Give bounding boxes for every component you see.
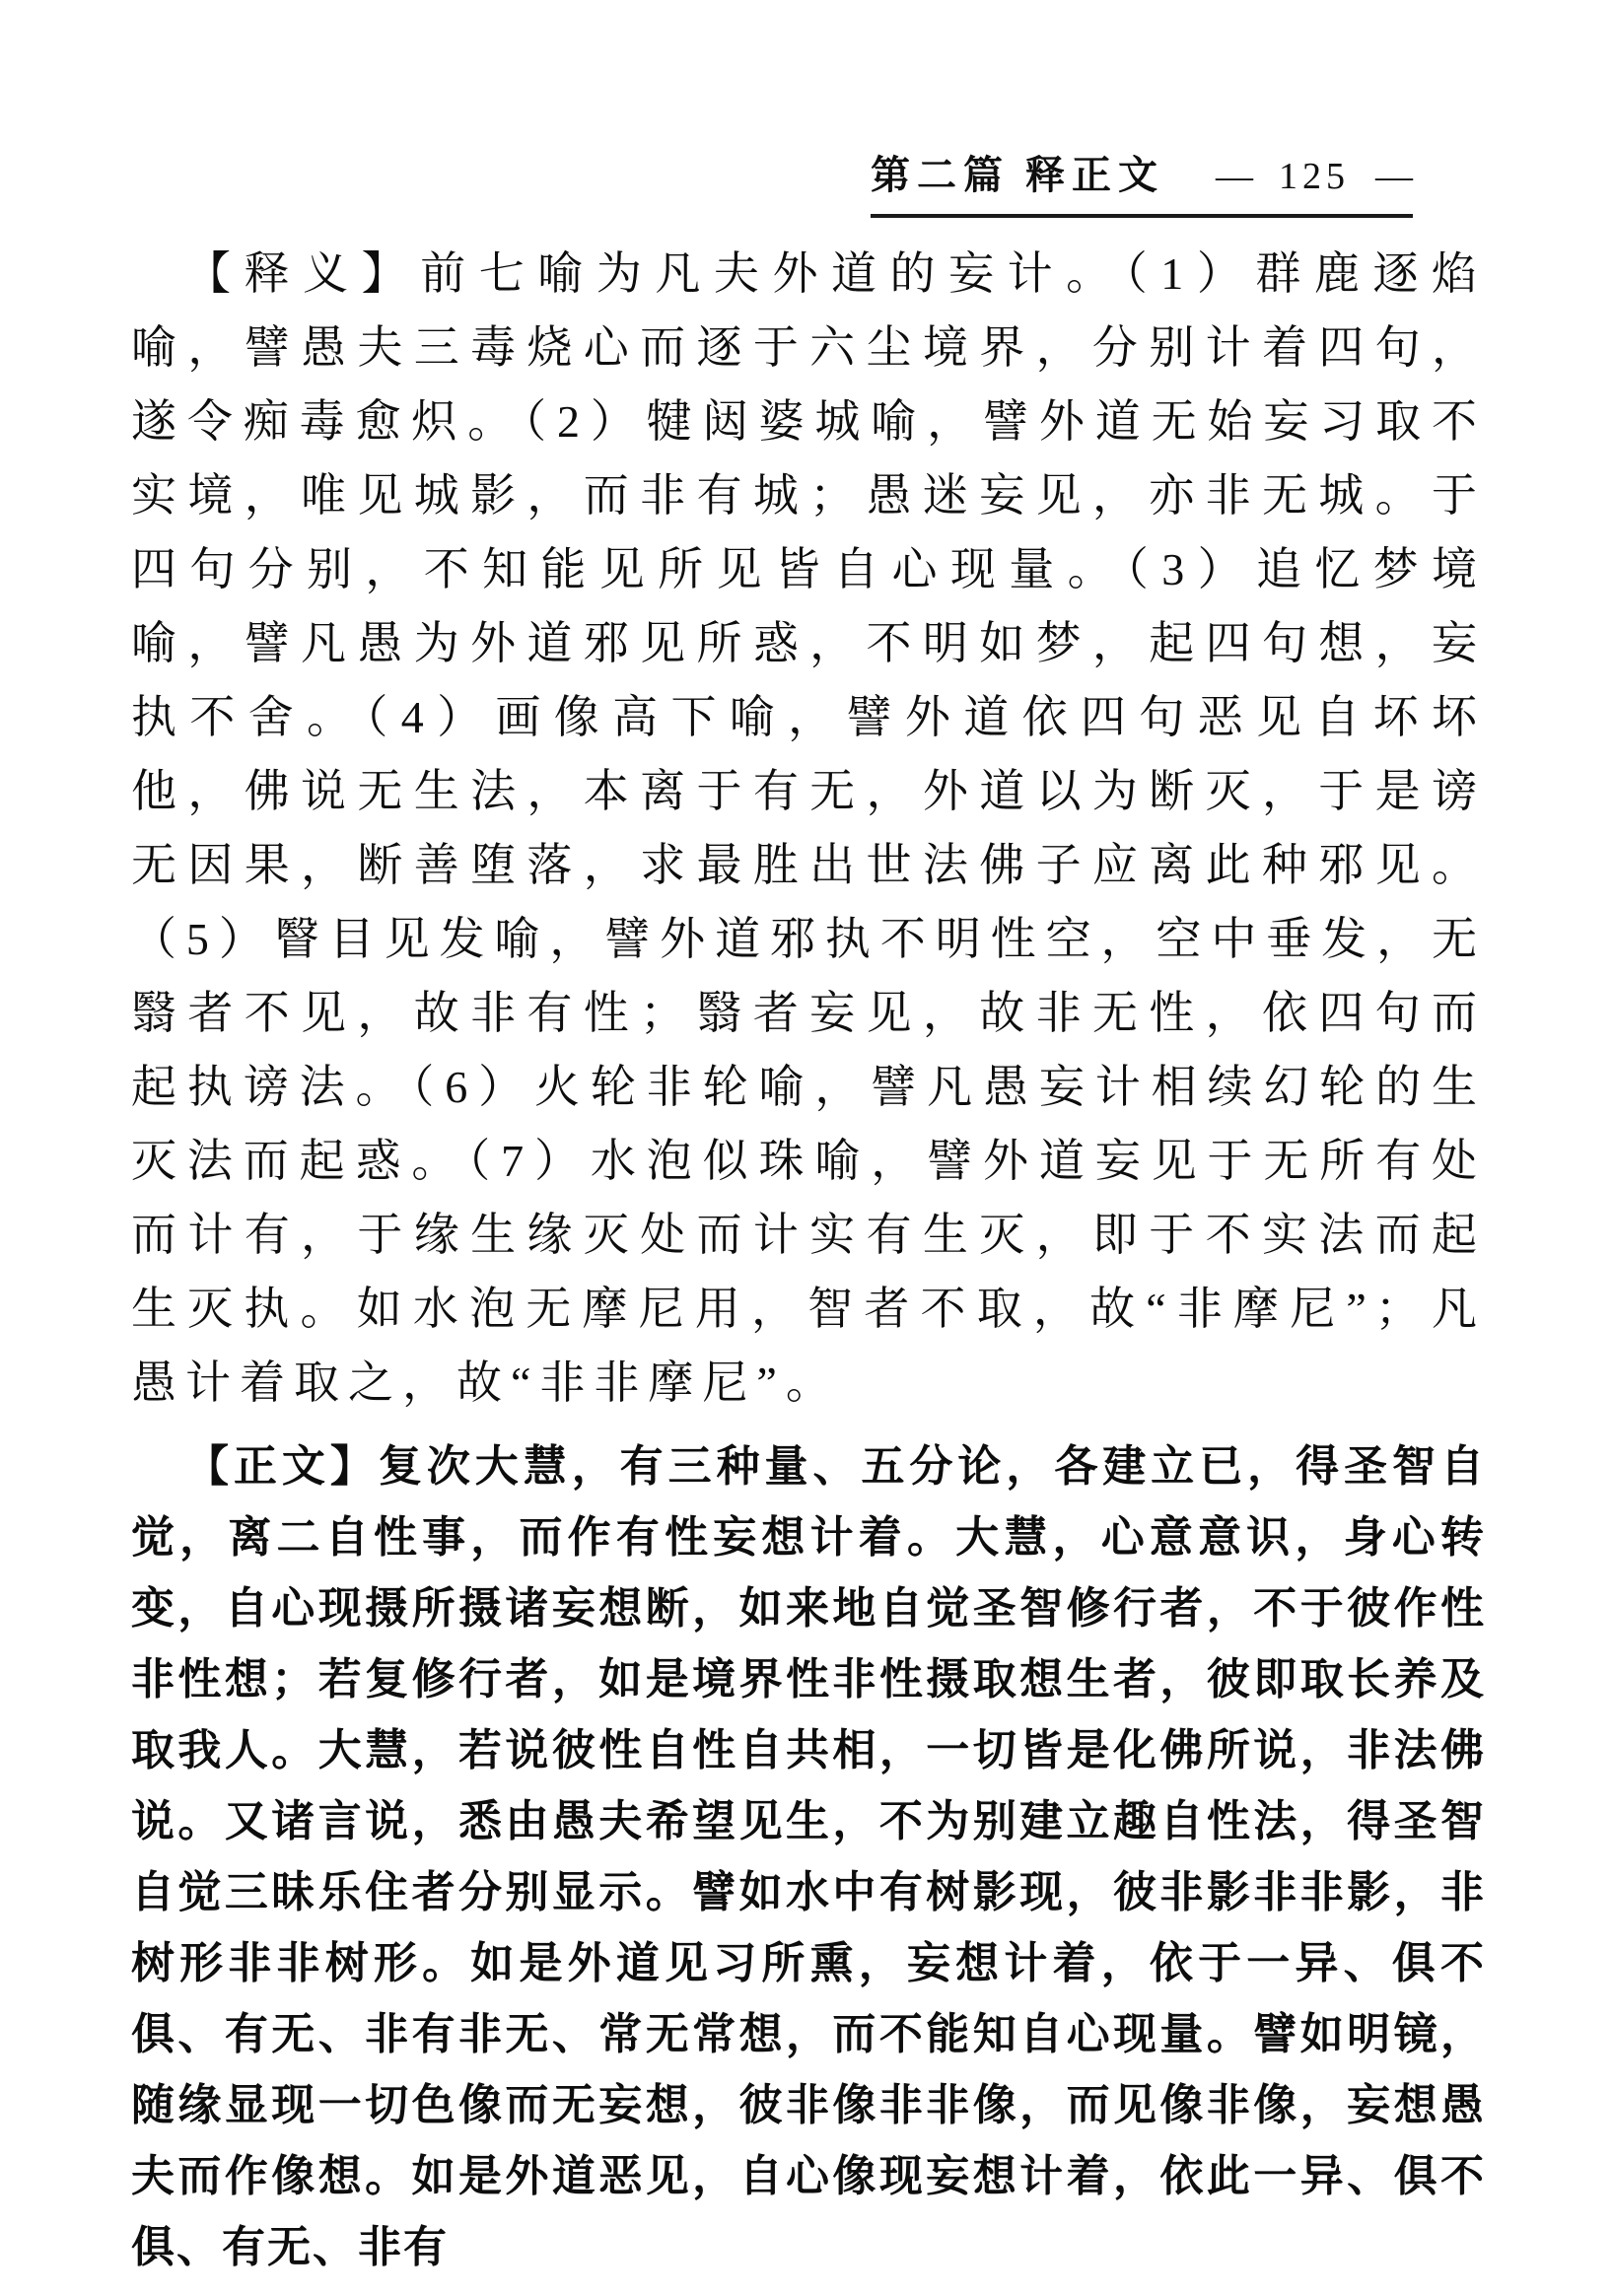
header-page-number: 125 xyxy=(1279,155,1350,198)
header-dash-right: — xyxy=(1375,155,1413,198)
header-chapter-title: 释正文 xyxy=(1025,144,1164,200)
header-dash-left: — xyxy=(1216,155,1253,198)
scripture-text: 复次大慧，有三种量、五分论，各建立已，得圣智自觉，离二自性事，而作有性妄想计着。… xyxy=(131,1442,1486,2271)
running-head-rule: 第二篇 释正文 — 125 — xyxy=(871,144,1413,218)
scripture-tag: 【正文】 xyxy=(185,1442,379,1491)
header-part-label: 第二篇 xyxy=(871,144,1010,200)
commentary-tag: 【释义】 xyxy=(185,248,420,299)
paragraph-scripture: 【正文】复次大慧，有三种量、五分论，各建立已，得圣智自觉，离二自性事，而作有性妄… xyxy=(131,1431,1486,2283)
book-page: 第二篇 释正文 — 125 — 【释义】前七喻为凡夫外道的妄计。（1）群鹿逐焰喻… xyxy=(0,0,1612,2296)
commentary-text: 前七喻为凡夫外道的妄计。（1）群鹿逐焰喻，譬愚夫三毒烧心而逐于六尘境界，分别计着… xyxy=(131,248,1486,1408)
paragraph-commentary: 【释义】前七喻为凡夫外道的妄计。（1）群鹿逐焰喻，譬愚夫三毒烧心而逐于六尘境界，… xyxy=(131,237,1486,1420)
running-head: 第二篇 释正文 — 125 — xyxy=(871,144,1413,218)
